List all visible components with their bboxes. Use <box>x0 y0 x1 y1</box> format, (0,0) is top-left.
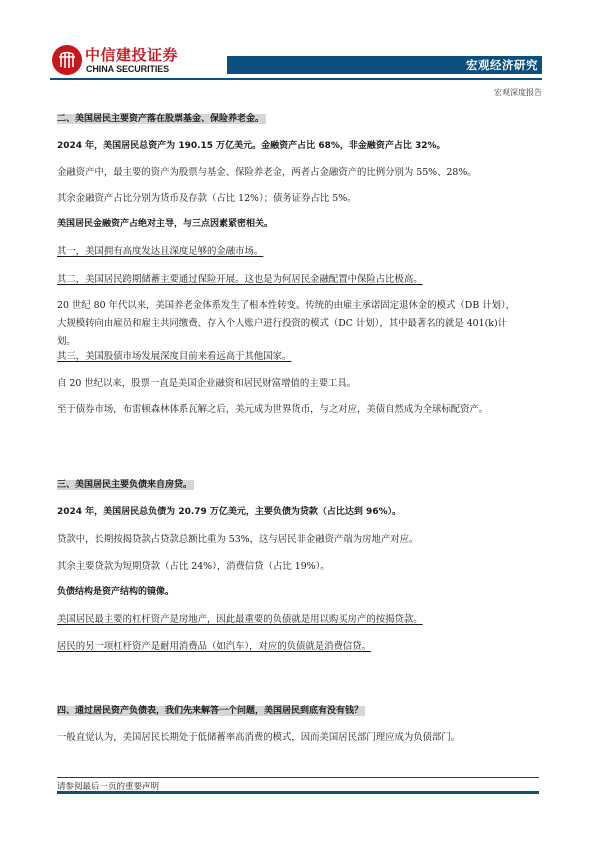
logo-english-name: CHINA SECURITIES <box>86 64 169 74</box>
paragraph: 自 20 世纪以来，股票一直是美国企业融资和居民财富增值的主要工具。 <box>57 375 356 392</box>
section-heading-2: 二、美国居民主要资产落在股票基金、保险养老金。 <box>57 114 266 124</box>
paragraph: 贷款中，长期按揭贷款占贷款总额比重为 53%，这与居民非金融资产端为房地产对应。 <box>57 531 418 548</box>
paragraph: 20 世纪 80 年代以来，美国养老金体系发生了根本性转变。传统的由雇主承诺固定… <box>57 297 517 351</box>
paragraph: 金融资产中，最主要的资产为股票与基金、保险养老金，两者占金融资产的比例分别为 5… <box>57 164 477 181</box>
section-title: 宏观经济研究 <box>466 57 538 73</box>
key-finding: 2024 年，美国居民总负债为 20.79 万亿美元，主要负债为贷款（占比达到 … <box>57 504 401 521</box>
section-heading-4: 四、通过居民资产负债表，我们先来解答一个问题，美国居民到底有没有钱？ <box>57 706 365 716</box>
logo-chinese-name: 中信建投证券 <box>85 44 178 65</box>
key-finding: 负债结构是资产结构的镜像。 <box>57 584 174 601</box>
underlined-point: 其二，美国居民跨期储蓄主要通过保险开展。这也是为何居民金融配置中保险占比极高。 <box>57 271 423 288</box>
underlined-point: 其一，美国拥有高度发达且深度足够的金融市场。 <box>57 243 263 260</box>
paragraph: 一般直觉认为，美国居民长期处于低储蓄率高消费的模式，因而美国居民部门理应成为负债… <box>57 729 460 746</box>
company-logo: 中信建投证券 CHINA SECURITIES <box>52 44 192 78</box>
paragraph: 其余主要贷款为短期贷款（占比 24%），消费信贷（占比 19%）。 <box>57 558 330 575</box>
key-finding: 美国居民金融资产占绝对主导，与三点因素紧密相关。 <box>57 216 273 233</box>
underlined-point: 其三，美国股债市场发展深度目前来看远高于其他国家。 <box>57 348 291 365</box>
header-divider <box>50 78 542 80</box>
header-banner: 宏观经济研究 <box>227 56 542 74</box>
paragraph: 至于债券市场，布雷顿森林体系瓦解之后，美元成为世界货币，与之对应，美债自然成为全… <box>57 401 488 418</box>
citic-logo-icon <box>52 45 82 75</box>
footer-bar <box>57 791 539 794</box>
underlined-point: 居民的另一项杠杆资产是耐用消费品（如汽车），对应的负债就是消费信贷。 <box>57 638 371 655</box>
report-type-label: 宏观深度报告 <box>494 87 542 98</box>
footer-divider <box>57 777 539 778</box>
section-heading-3: 三、美国居民主要负债来自房贷。 <box>57 480 194 490</box>
underlined-point: 美国居民最主要的杠杆资产是房地产，因此最重要的负债就是用以购买房产的按揭贷款。 <box>57 611 423 628</box>
paragraph: 其余金融资产占比分别为货币及存款（占比 12%）；债务证券占比 5%。 <box>57 190 356 207</box>
key-finding: 2024 年，美国居民总资产为 190.15 万亿美元。金融资产占比 68%，非… <box>57 138 446 155</box>
